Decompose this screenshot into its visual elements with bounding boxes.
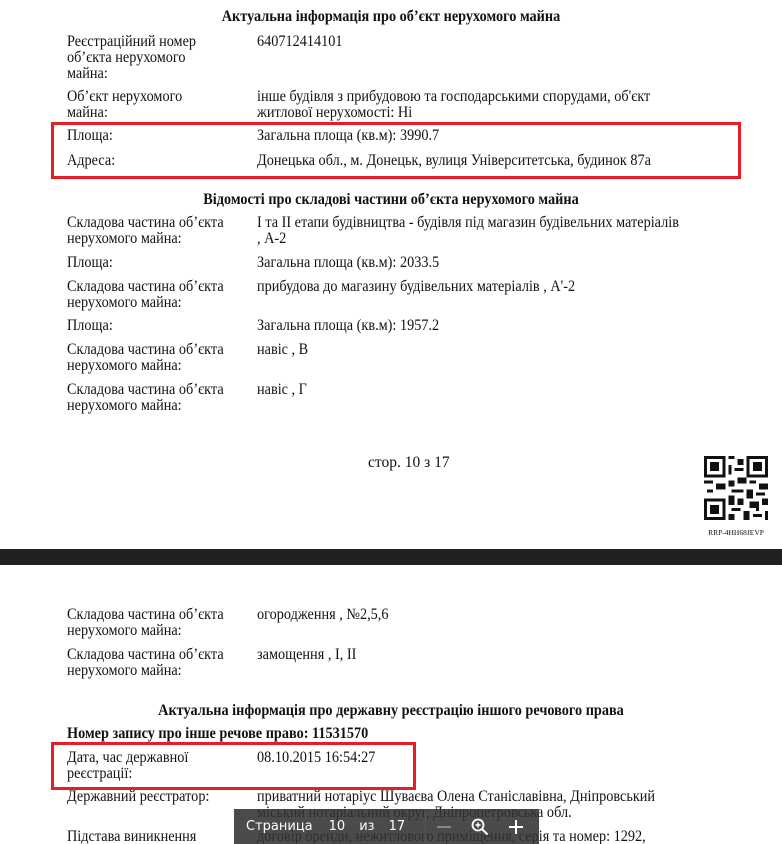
section-heading-other-rights: Актуальна інформація про державну реєстр… <box>31 702 750 720</box>
section-heading-components: Відомості про складові частини об’єкта н… <box>31 191 750 209</box>
row-label: Складова частина об’єкта нерухомого майн… <box>67 342 257 374</box>
row-label: Площа: <box>67 255 257 271</box>
row-value: замощення , І, ІІ <box>257 647 757 663</box>
minus-icon <box>436 819 452 835</box>
plus-icon <box>508 819 524 835</box>
row-value: Загальна площа (кв.м): 2033.5 <box>257 255 757 271</box>
qr-code-label: RRP-4HH68JEVP <box>704 528 768 537</box>
highlight-box-registration-date <box>51 742 416 790</box>
of-label: из <box>359 819 374 834</box>
section-heading-object: Актуальна інформація про об’єкт нерухомо… <box>31 8 750 26</box>
zoom-reset-button[interactable] <box>462 809 498 844</box>
page-label: Страница <box>246 819 313 834</box>
row-value: І та ІІ етапи будівництва - будівля під … <box>257 215 757 247</box>
page-separator <box>0 549 782 565</box>
row-value: 640712414101 <box>257 34 757 50</box>
highlight-box-area-address <box>51 122 741 179</box>
zoom-out-button[interactable] <box>426 809 462 844</box>
record-number: Номер запису про інше речове право: 1153… <box>67 725 368 743</box>
row-label: Реєстраційний номер об’єкта нерухомого м… <box>67 34 257 82</box>
row-value: прибудова до магазину будівельних матері… <box>257 279 757 295</box>
qr-code-icon <box>704 456 768 520</box>
current-page-input[interactable]: 10 <box>329 819 346 834</box>
page-number: стор. 10 з 17 <box>368 454 450 472</box>
row-label: Підстава виникнення <box>67 829 257 844</box>
row-label: Складова частина об’єкта нерухомого майн… <box>67 382 257 414</box>
row-label: Складова частина об’єкта нерухомого майн… <box>67 279 257 311</box>
row-value: Загальна площа (кв.м): 1957.2 <box>257 318 757 334</box>
row-label: Складова частина об’єкта нерухомого майн… <box>67 607 257 639</box>
zoom-in-button[interactable] <box>498 809 534 844</box>
row-label: Об’єкт нерухомого майна: <box>67 89 257 121</box>
row-value: інше будівля з прибудовою та господарськ… <box>257 89 757 121</box>
row-value: навіс , В <box>257 342 757 358</box>
pdf-viewer-toolbar: Страница 10 из 17 <box>234 809 539 844</box>
row-value: навіс , Г <box>257 382 757 398</box>
total-pages: 17 <box>389 819 406 834</box>
row-label: Складова частина об’єкта нерухомого майн… <box>67 647 257 679</box>
zoom-icon <box>471 818 489 836</box>
row-label: Складова частина об’єкта нерухомого майн… <box>67 215 257 247</box>
row-label: Державний реєстратор: <box>67 789 257 805</box>
row-label: Площа: <box>67 318 257 334</box>
row-value: огородження , №2,5,6 <box>257 607 757 623</box>
document-page-10: Актуальна інформація про об’єкт нерухомо… <box>0 0 782 549</box>
